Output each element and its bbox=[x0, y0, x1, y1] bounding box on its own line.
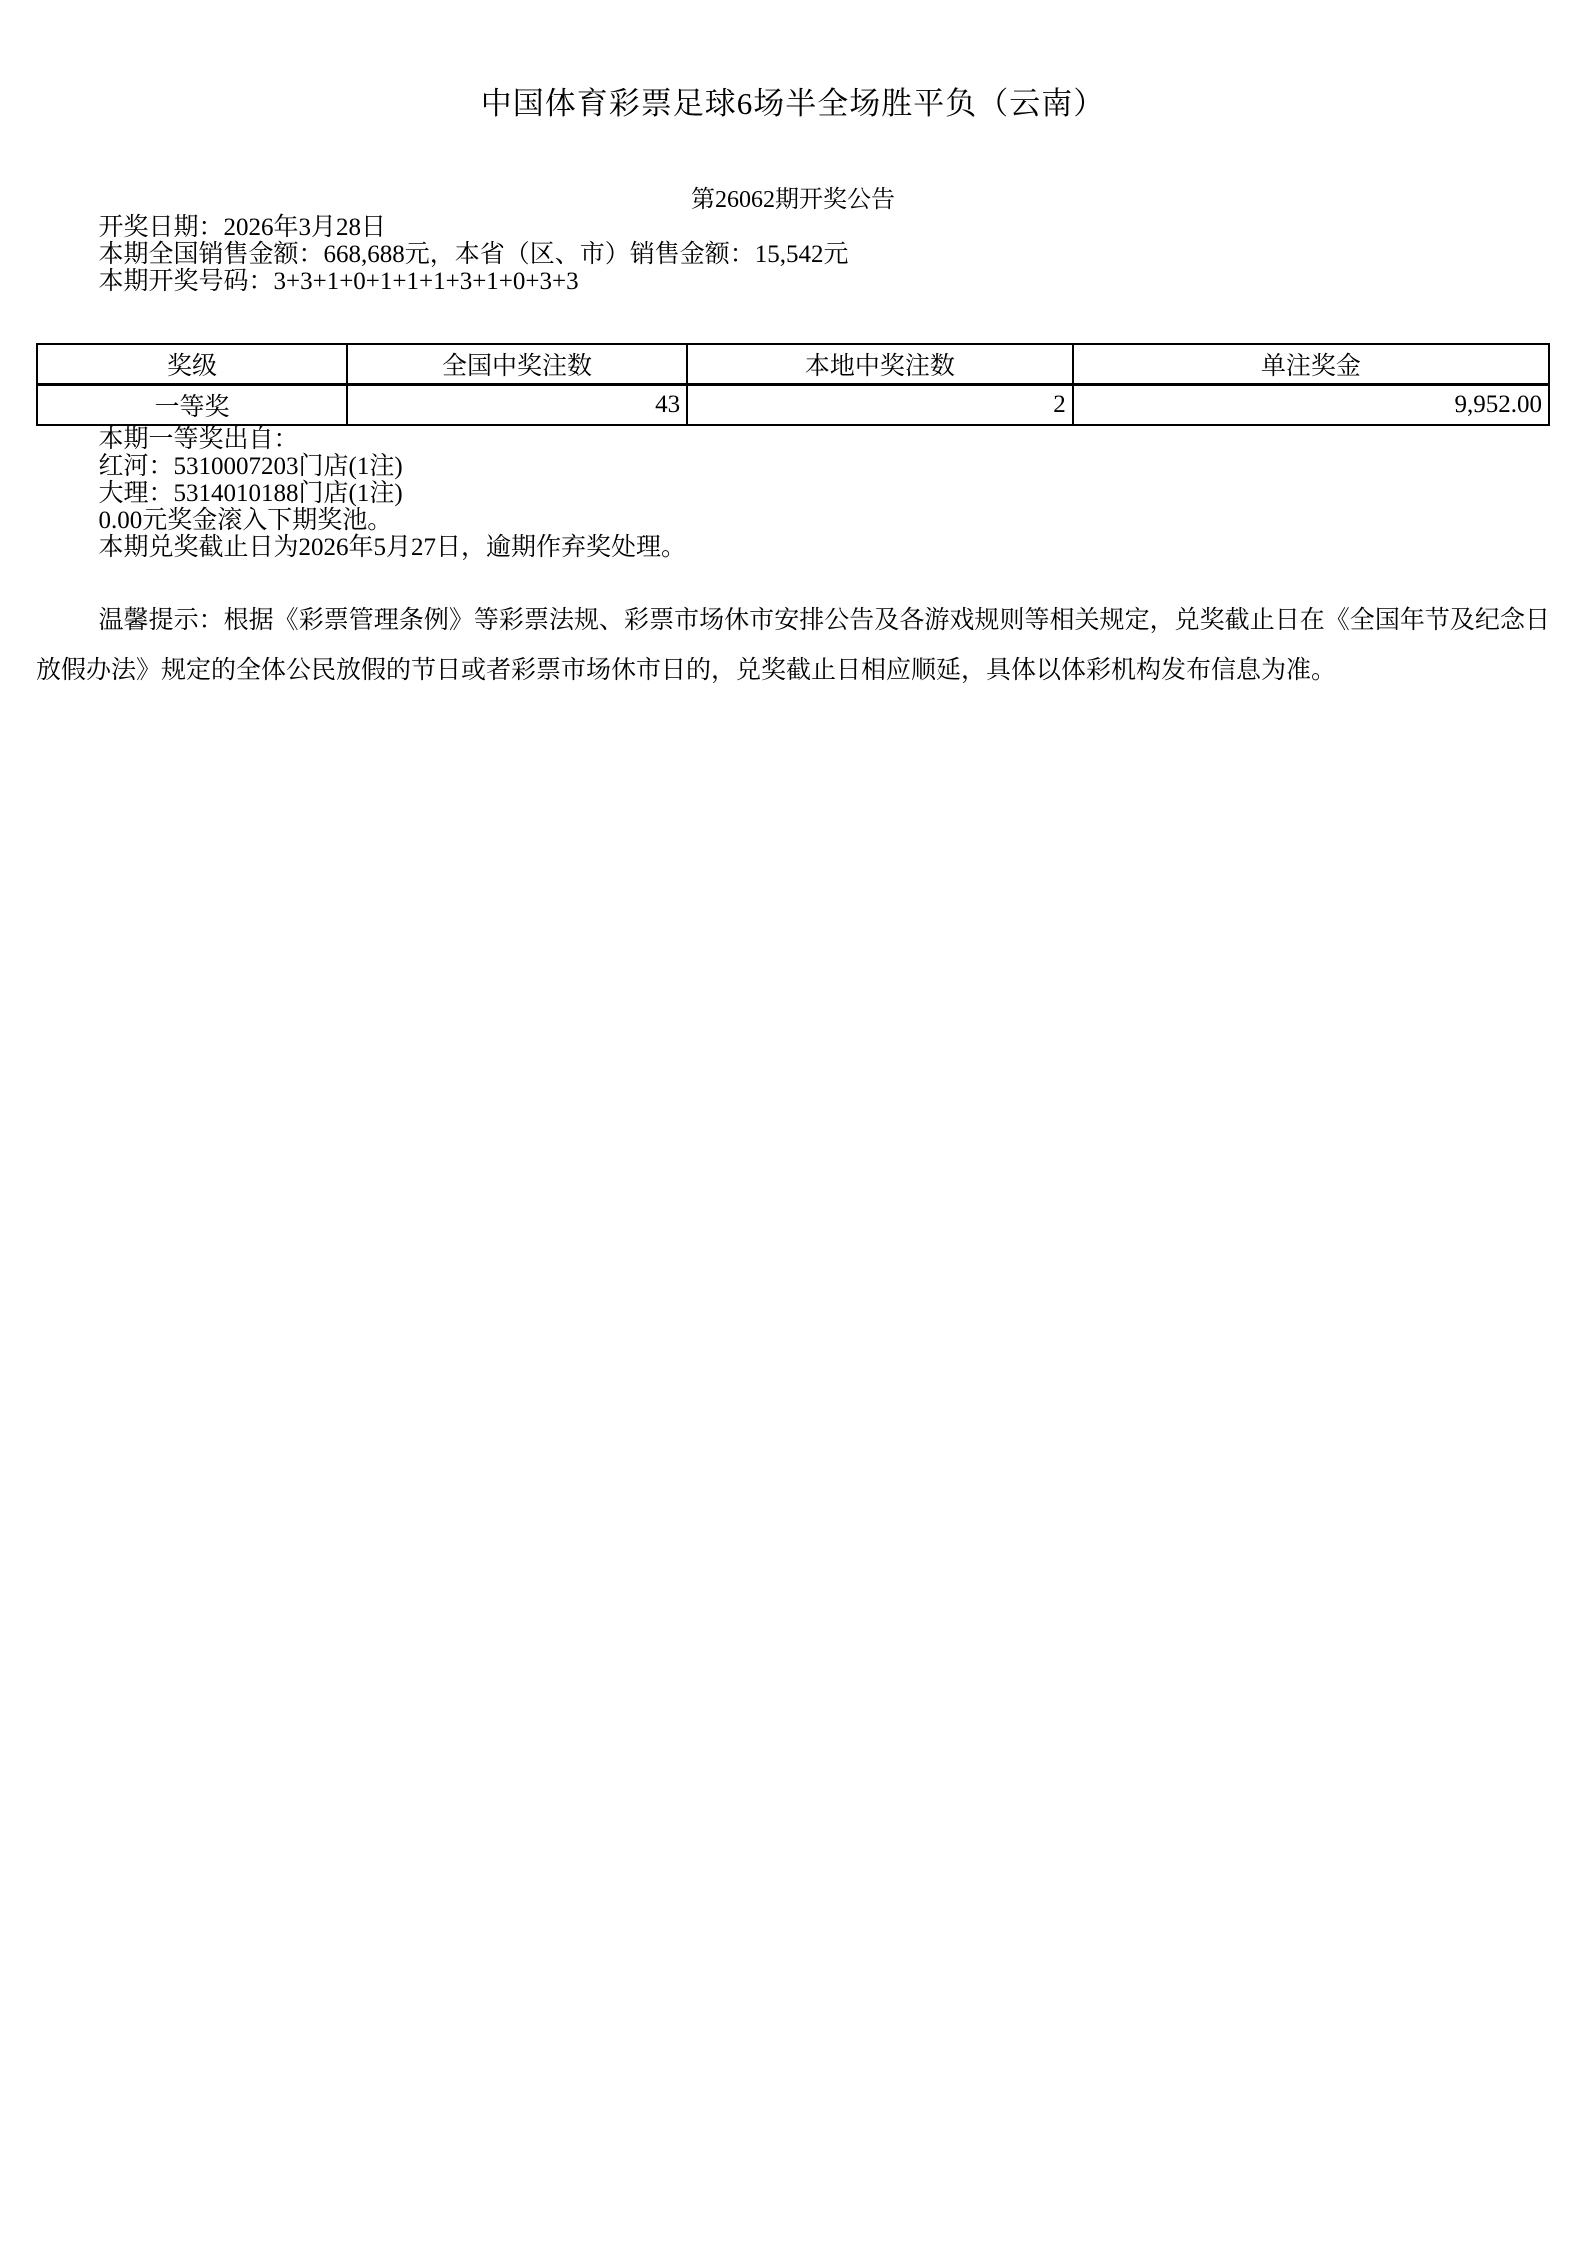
prize-table-header-row: 奖级 全国中奖注数 本地中奖注数 单注奖金 bbox=[37, 344, 1549, 385]
col-header-prize-amount: 单注奖金 bbox=[1073, 344, 1549, 385]
rollover-line: 0.00元奖金滚入下期奖池。 bbox=[36, 507, 1550, 534]
page-title: 中国体育彩票足球6场半全场胜平负（云南） bbox=[36, 0, 1550, 123]
cell-local-winners: 2 bbox=[687, 385, 1073, 426]
cell-prize-amount: 9,952.00 bbox=[1073, 385, 1549, 426]
draw-date-line: 开奖日期：2026年3月28日 bbox=[36, 214, 1550, 241]
col-header-national-winners: 全国中奖注数 bbox=[347, 344, 687, 385]
winners-intro-line: 本期一等奖出自： bbox=[36, 426, 1550, 453]
prize-table: 奖级 全国中奖注数 本地中奖注数 单注奖金 一等奖 43 2 9,952.00 bbox=[36, 343, 1550, 426]
draw-numbers-line: 本期开奖号码：3+3+1+0+1+1+1+3+1+0+3+3 bbox=[36, 268, 1550, 295]
cell-prize-level: 一等奖 bbox=[37, 385, 347, 426]
issue-subtitle: 第26062期开奖公告 bbox=[36, 179, 1550, 214]
winner-location-dali: 大理：5314010188门店(1注) bbox=[36, 480, 1550, 507]
lottery-announcement-page: 中国体育彩票足球6场半全场胜平负（云南） 第26062期开奖公告 开奖日期：20… bbox=[0, 0, 1586, 2242]
sales-amount-line: 本期全国销售金额：668,688元，本省（区、市）销售金额：15,542元 bbox=[36, 241, 1550, 268]
cell-national-winners: 43 bbox=[347, 385, 687, 426]
redeem-deadline-line: 本期兑奖截止日为2026年5月27日，逾期作弃奖处理。 bbox=[36, 534, 1550, 561]
col-header-prize-level: 奖级 bbox=[37, 344, 347, 385]
winner-location-honghe: 红河：5310007203门店(1注) bbox=[36, 453, 1550, 480]
col-header-local-winners: 本地中奖注数 bbox=[687, 344, 1073, 385]
notice-paragraph: 温馨提示：根据《彩票管理条例》等彩票法规、彩票市场休市安排公告及各游戏规则等相关… bbox=[36, 596, 1550, 696]
prize-table-row: 一等奖 43 2 9,952.00 bbox=[37, 385, 1549, 426]
